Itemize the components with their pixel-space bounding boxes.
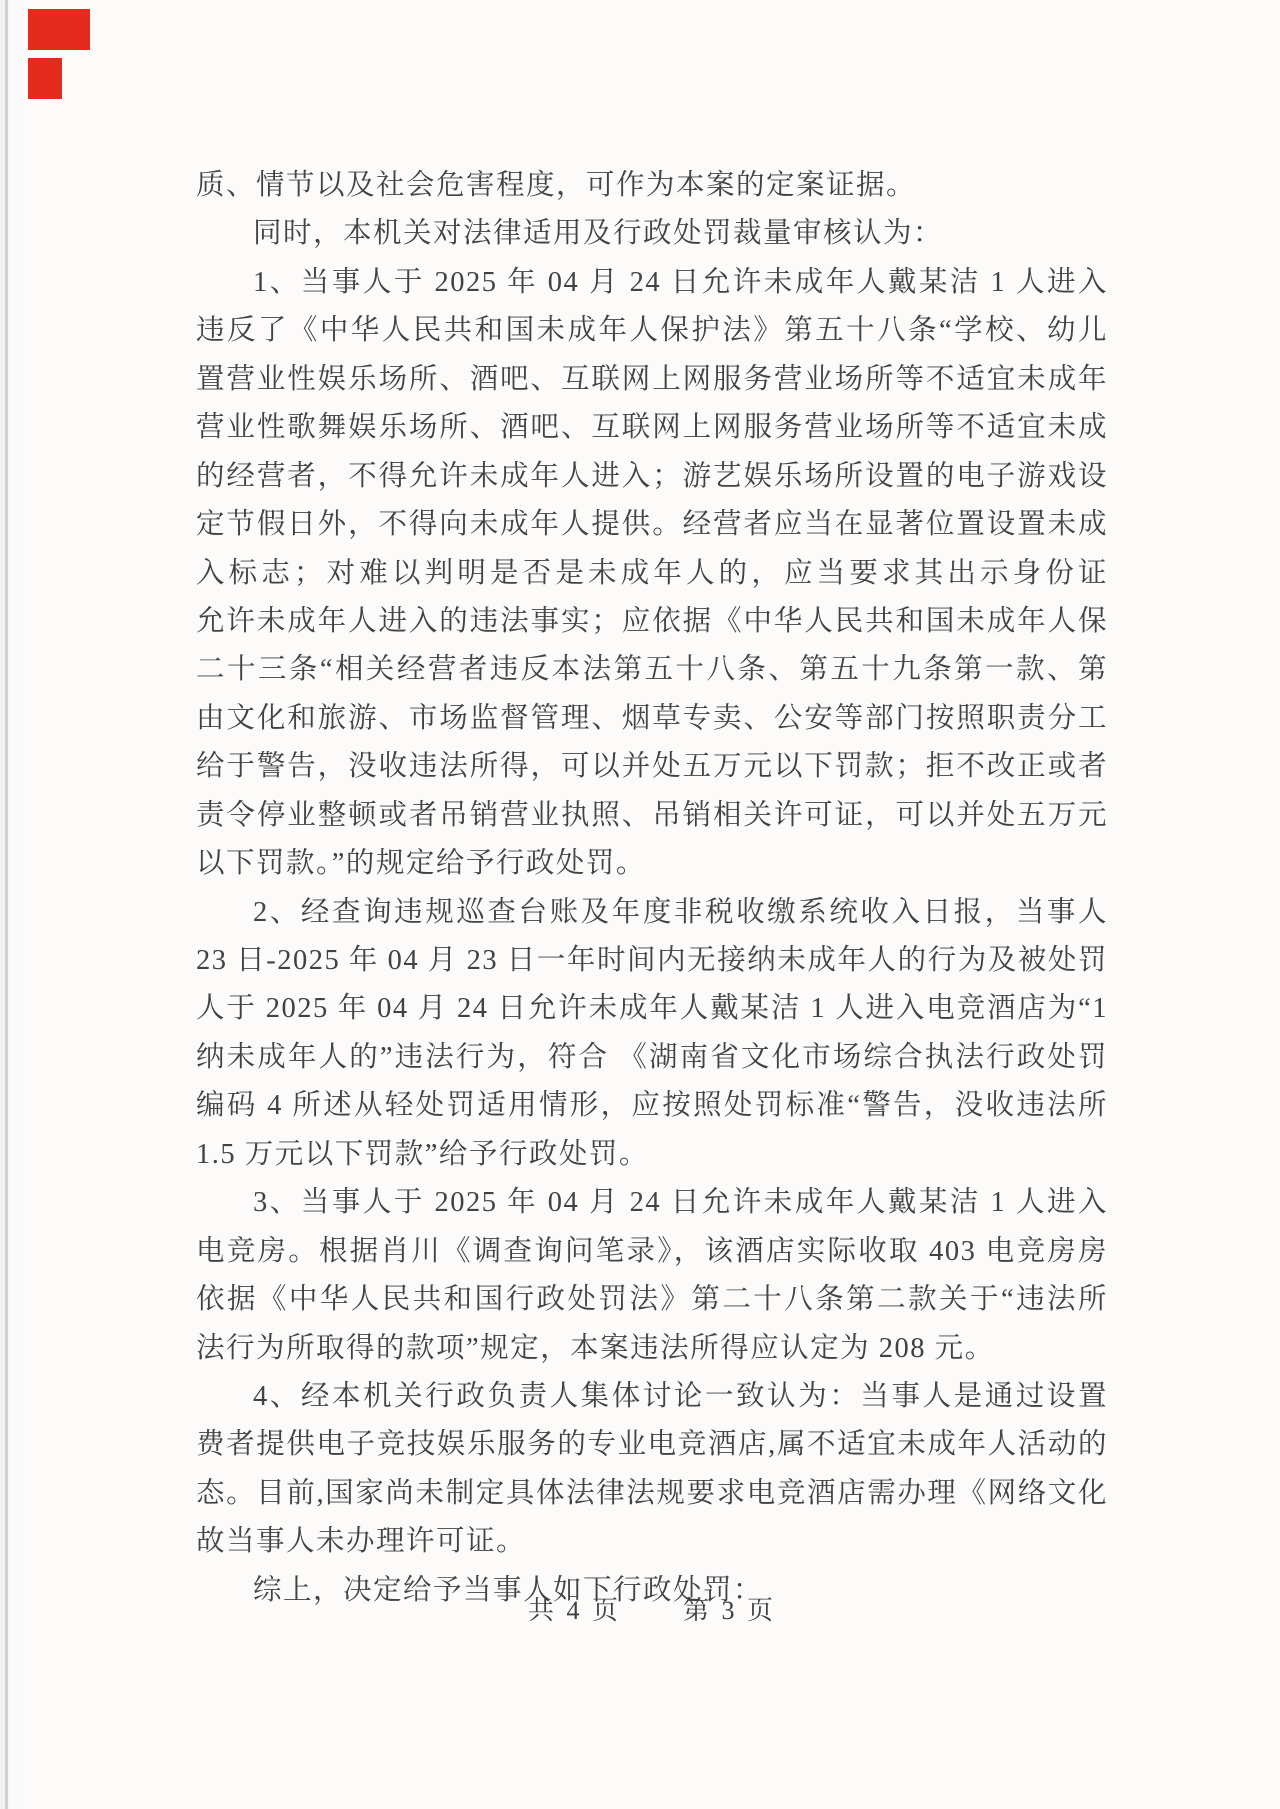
document-line: 入标志；对难以判明是否是未成年人的，应当要求其出示身份证件。”规定，构成 xyxy=(196,550,1108,598)
document-line: 纳未成年人的”违法行为，符合 《湖南省文化市场综合执法行政处罚裁量基准》 xyxy=(196,1034,1108,1082)
document-line: 置营业性娱乐场所、酒吧、互联网上网服务营业场所等不适宜未成年人活动的场所。 xyxy=(196,356,1108,404)
document-page: 质、情节以及社会危害程度，可作为本案的定案证据。 同时，本机关对法律适用及行政处… xyxy=(0,0,1280,1809)
document-line: 法行为所取得的款项”规定，本案违法所得应认定为 208 元。 xyxy=(196,1325,1108,1373)
document-line: 定节假日外，不得向未成年人提供。经营者应当在显著位置设置未成年人禁入、限 xyxy=(196,501,1108,549)
redaction-block xyxy=(28,58,62,99)
document-line: 二十三条“相关经营者违反本法第五十八条、第五十九条第一款、第六十条规定的， xyxy=(196,646,1108,694)
document-line: 违反了《中华人民共和国未成年人保护法》第五十八条“学校、幼儿园周边不得设 xyxy=(196,307,1108,355)
document-line: 人于 2025 年 04 月 24 日允许未成年人戴某洁 1 人进入电竞酒店为“… xyxy=(196,985,1108,1033)
current-page-label: 第 3 页 xyxy=(683,1596,776,1625)
document-line: 允许未成年人进入的违法事实；应依据《中华人民共和国未成年人保护法》第一百 xyxy=(196,598,1108,646)
document-line: 态。目前,国家尚未制定具体法律法规要求电竞酒店需办理《网络文化经营许可证》, xyxy=(196,1470,1108,1518)
document-line: 以下罚款。”的规定给予行政处罚。 xyxy=(196,840,1108,888)
document-line: 质、情节以及社会危害程度，可作为本案的定案证据。 xyxy=(196,162,1108,210)
document-line: 2、经查询违规巡查台账及年度非税收缴系统收入日报，当事人 2024 年 04 月 xyxy=(196,889,1108,937)
total-pages-label: 共 4 页 xyxy=(528,1596,621,1625)
document-body: 质、情节以及社会危害程度，可作为本案的定案证据。 同时，本机关对法律适用及行政处… xyxy=(196,162,1108,1615)
scan-edge-line xyxy=(5,0,8,1809)
document-line: 1、当事人于 2025 年 04 月 24 日允许未成年人戴某洁 1 人进入电竞… xyxy=(196,259,1108,307)
document-line: 电竞房。根据肖川《调查询问笔录》，该酒店实际收取 403 电竞房房费为 208 … xyxy=(196,1228,1108,1276)
document-line: 4、经本机关行政负责人集体讨论一致认为：当事人是通过设置电竞房间向消 xyxy=(196,1373,1108,1421)
document-line: 3、当事人于 2025 年 04 月 24 日允许未成年人戴某洁 1 人进入电竞… xyxy=(196,1179,1108,1227)
document-line: 费者提供电子竞技娱乐服务的专业电竞酒店,属不适宜未成年人活动的新型住宿业 xyxy=(196,1421,1108,1469)
document-line: 同时，本机关对法律适用及行政处罚裁量审核认为： xyxy=(196,210,1108,258)
redaction-block xyxy=(28,9,90,50)
document-line: 故当事人未办理许可证。 xyxy=(196,1518,1108,1566)
document-line: 编码 4 所述从轻处罚适用情形，应按照处罚标准“警告，没收违法所得，可以并处 xyxy=(196,1082,1108,1130)
document-line: 责令停业整顿或者吊销营业执照、吊销相关许可证，可以并处五万元以上五十万元 xyxy=(196,792,1108,840)
document-line: 的经营者，不得允许未成年人进入；游艺娱乐场所设置的电子游戏设备，除国家法 xyxy=(196,453,1108,501)
document-line: 依据《中华人民共和国行政处罚法》第二十八条第二款关于“违法所得是指实施违 xyxy=(196,1276,1108,1324)
page-footer: 共 4 页第 3 页 xyxy=(196,1594,1108,1628)
document-line: 由文化和旅游、市场监督管理、烟草专卖、公安等部门按照职责分工责令限期改正， xyxy=(196,695,1108,743)
document-line: 23 日-2025 年 04 月 23 日一年时间内无接纳未成年人的行为及被处罚… xyxy=(196,937,1108,985)
document-line: 给于警告，没收违法所得，可以并处五万元以下罚款；拒不改正或者情节严重的， xyxy=(196,743,1108,791)
document-line: 1.5 万元以下罚款”给予行政处罚。 xyxy=(196,1131,1108,1179)
document-line: 营业性歌舞娱乐场所、酒吧、互联网上网服务营业场所等不适宜未成年人活动场所 xyxy=(196,404,1108,452)
